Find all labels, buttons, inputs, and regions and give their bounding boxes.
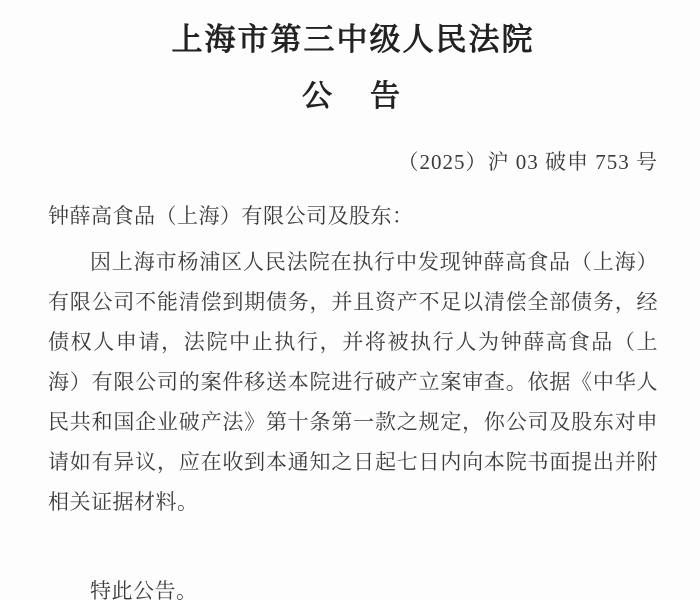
body-paragraph: 因上海市杨浦区人民法院在执行中发现钟薛高食品（上海）有限公司不能清偿到期债务，并… (48, 242, 658, 522)
addressee-line: 钟薛高食品（上海）有限公司及股东： (48, 196, 658, 236)
announcement-title: 公 告 (48, 78, 658, 116)
court-announcement-document: 上海市第三中级人民法院 公 告 （2025）沪 03 破申 753 号 钟薛高食… (0, 0, 700, 600)
court-name-heading: 上海市第三中级人民法院 (48, 20, 658, 60)
closing-line: 特此公告。 (48, 576, 658, 600)
case-number: （2025）沪 03 破申 753 号 (48, 148, 658, 176)
